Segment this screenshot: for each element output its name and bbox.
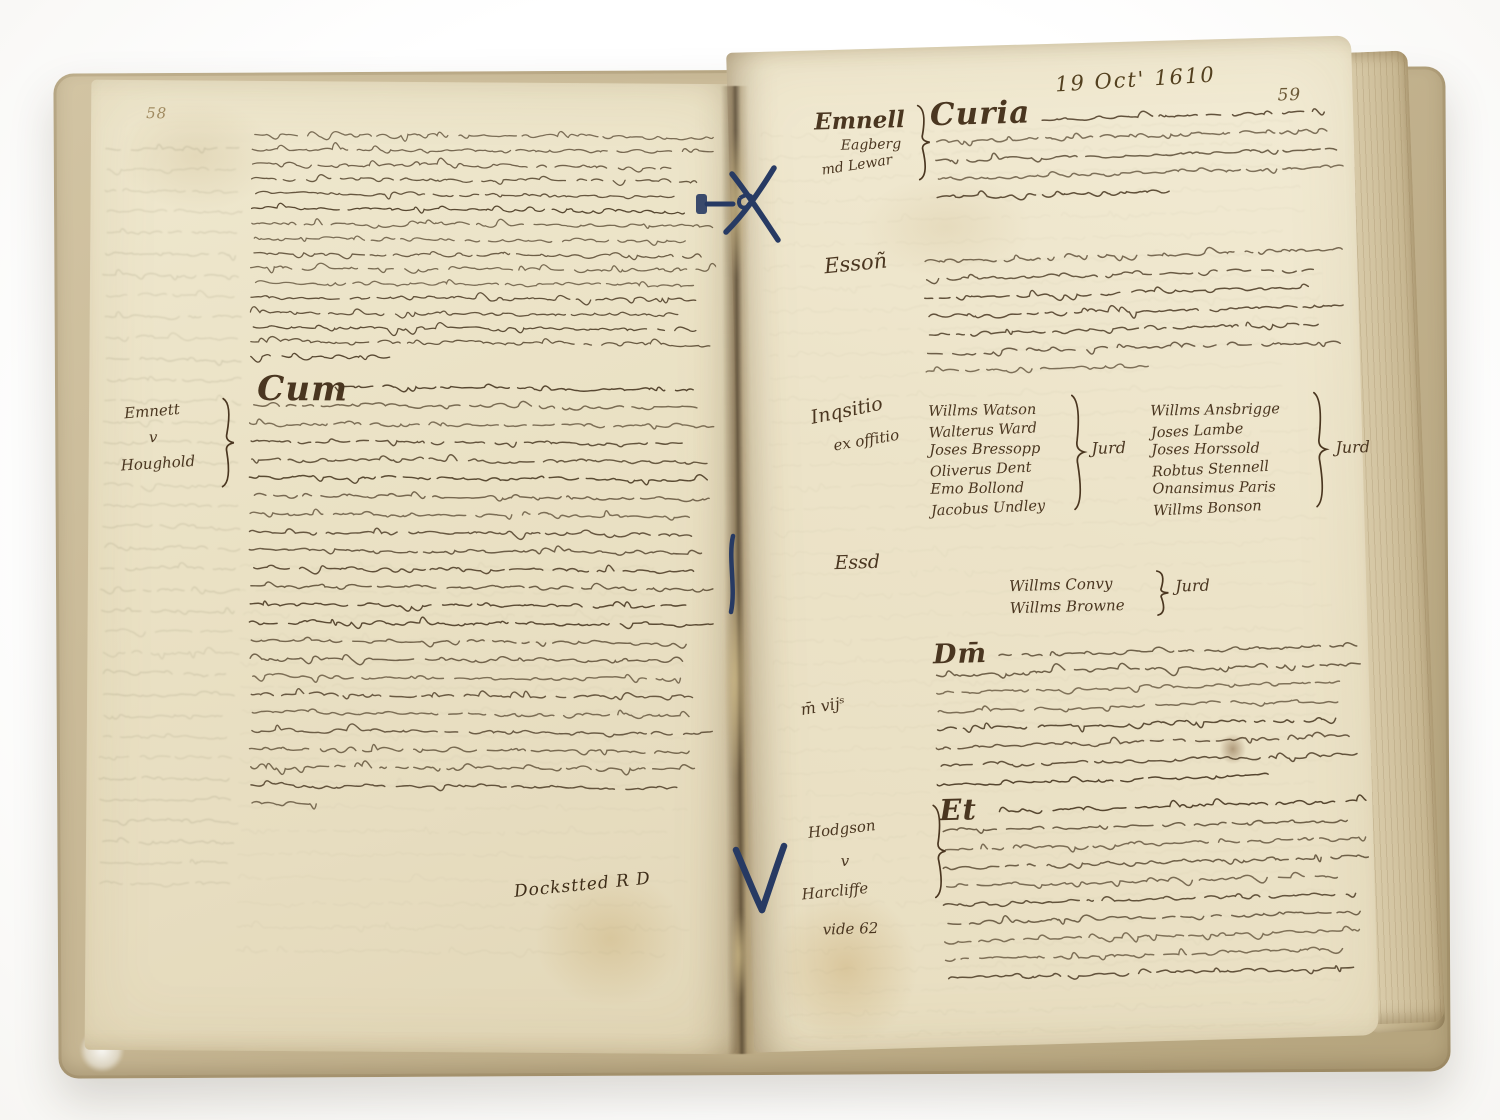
presentment-paragraph [933, 633, 1367, 805]
right-page-folio-59: 19 Oct' 1610 59 Emnell Eagberg md Lewar … [726, 35, 1379, 1052]
blue-stitch-thread-bottom [728, 840, 792, 924]
sworn-name: Willms Browne [1010, 596, 1125, 617]
margin-note-line: vide 62 [822, 919, 878, 939]
date-heading: 19 Oct' 1610 [1054, 62, 1216, 96]
manuscript-book: 58 Emnett v Houghold Cum Dockstted R D 1… [0, 0, 1500, 1120]
jury-brace [1068, 393, 1089, 515]
manuscript-paragraph [249, 125, 717, 379]
jurat-mark: Jurd [1175, 576, 1210, 596]
margin-brace [219, 397, 238, 493]
manuscript-paragraph [246, 375, 715, 827]
jurat-mark: Jurd [1091, 438, 1126, 458]
court-heading-paragraph [934, 100, 1345, 218]
folio-number-left: 58 [146, 104, 167, 122]
photo-background: 58 Emnett v Houghold Cum Dockstted R D 1… [0, 0, 1500, 1120]
jury-brace [1310, 390, 1331, 512]
jury-list-column2: Willms Ansbrigge Joses Lambe Joses Horss… [1150, 400, 1283, 521]
blue-stitch-thread-top [692, 142, 792, 276]
margin-case-head-line: Emnell [814, 106, 905, 136]
left-page-folio-58: 58 Emnett v Houghold Cum Dockstted R D [85, 80, 744, 1055]
margin-label-essoined: Essd [834, 551, 880, 574]
show-through-text [98, 135, 243, 906]
margin-note-line: v [149, 428, 158, 446]
sworn-name: Willms Convy [1009, 574, 1113, 595]
margin-note-line: v [841, 852, 850, 870]
presentment-paragraph [939, 789, 1372, 999]
margin-case-head-line: Eagberg [841, 136, 902, 154]
sworn-brace [1153, 569, 1172, 621]
jurat-mark: Jurd [1335, 437, 1370, 457]
blue-stitch-thread-middle [720, 532, 746, 620]
jury-list-column1: Willms Watson Walterus Ward Joses Bresso… [928, 400, 1045, 520]
essoin-paragraph [922, 238, 1352, 393]
